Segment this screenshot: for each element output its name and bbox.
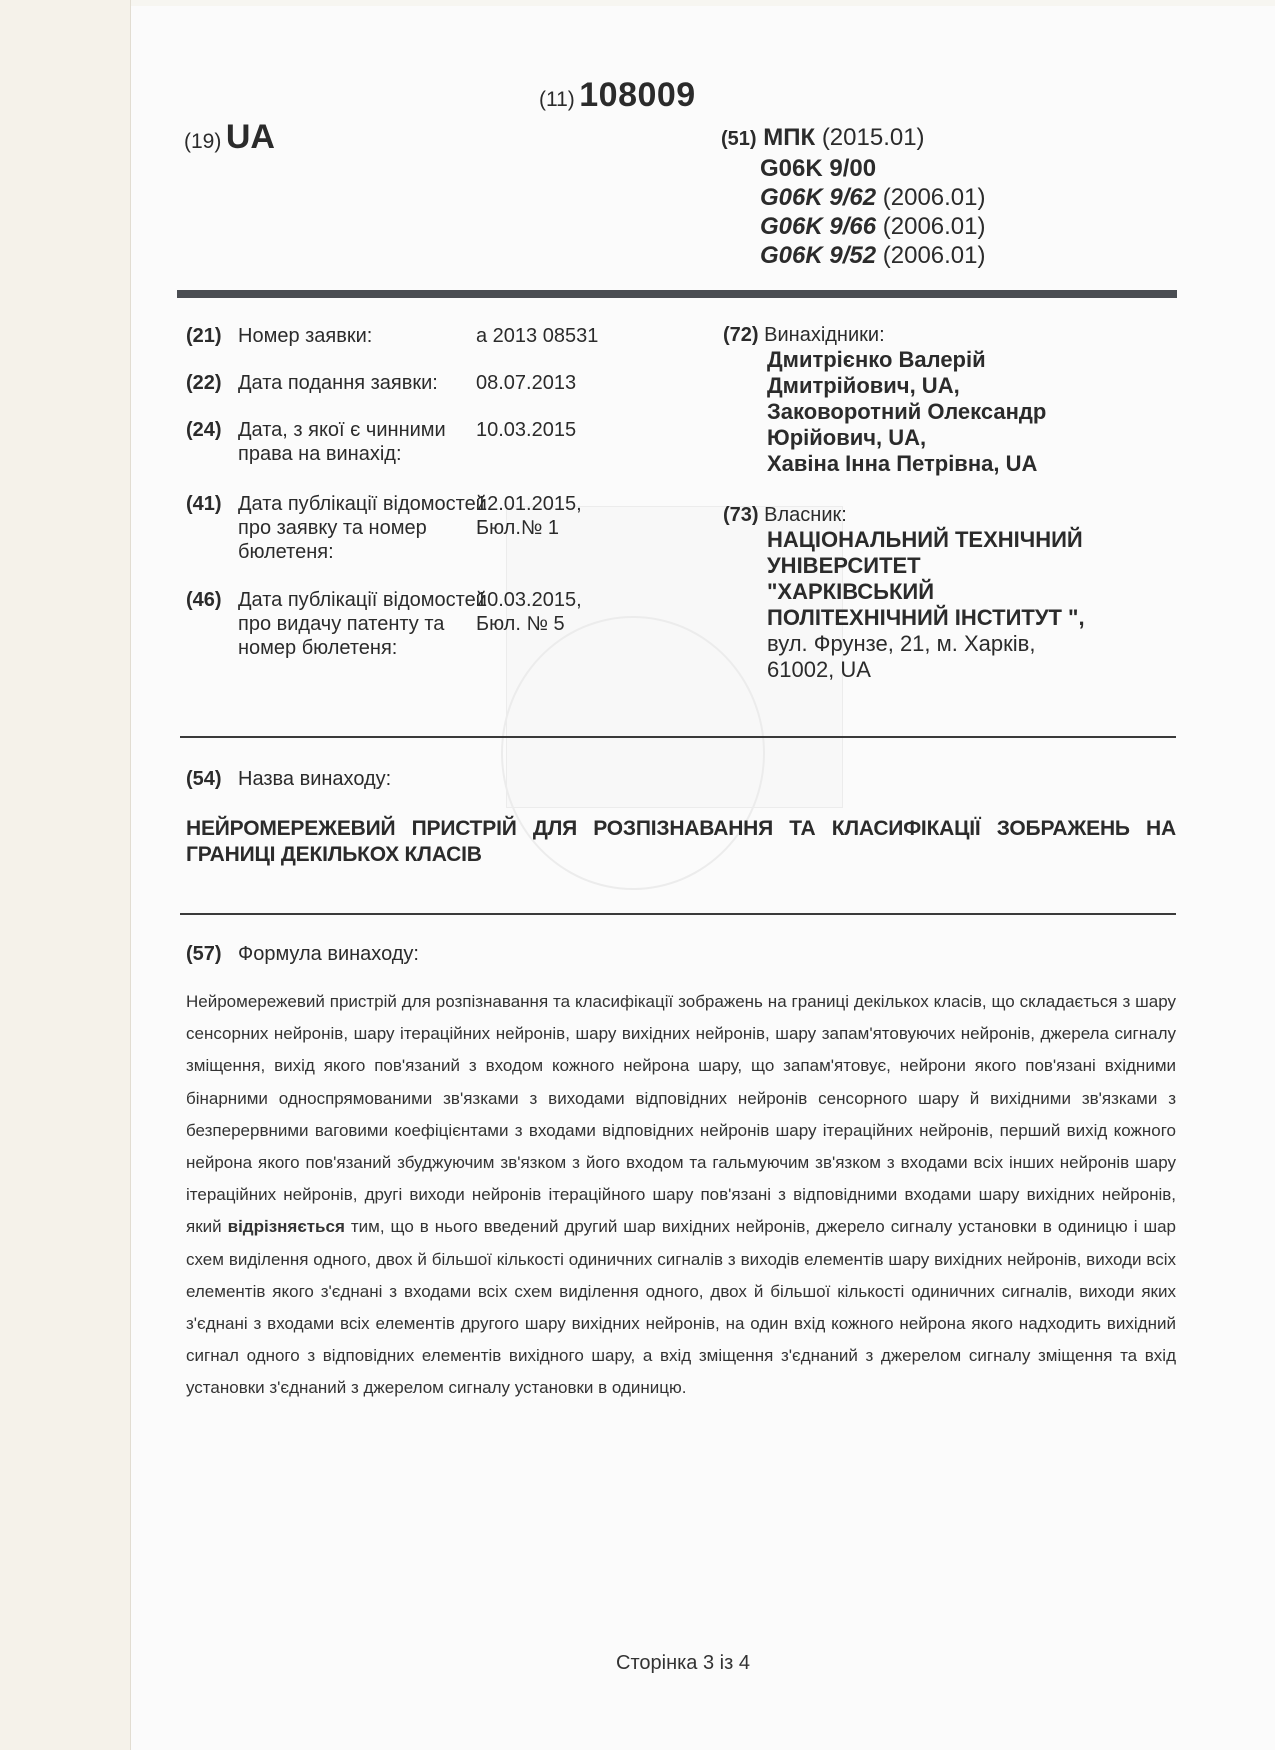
owner-block: (73) Власник: НАЦІОНАЛЬНИЙ ТЕХНІЧНИЙ УНІ… [723, 504, 1085, 683]
owner-name-line: ПОЛІТЕХНІЧНИЙ ІНСТИТУТ ", [767, 605, 1085, 631]
publication-number-code: (11) [539, 88, 575, 111]
country-code-label: (19) [184, 130, 221, 153]
owner-code: (73) [723, 504, 759, 526]
rights-effective-date: 10.03.2015 [476, 418, 576, 442]
biblio-row-24: (24)Дата, з якої є чинними права на вина… [186, 418, 446, 466]
ipc-entry: G06K 9/62 (2006.01) [721, 183, 986, 212]
inventors-code: (72) [723, 324, 759, 346]
application-publication: 12.01.2015, Бюл.№ 1 [476, 492, 582, 540]
title-section-label: (54)Назва винаходу: [186, 768, 391, 791]
inventor-line: Дмитрійович, UA, [767, 373, 1046, 399]
invention-title: НЕЙРОМЕРЕЖЕВИЙ ПРИСТРІЙ ДЛЯ РОЗПІЗНАВАНН… [186, 816, 1176, 868]
page-number: Сторінка 3 із 4 [616, 1652, 750, 1675]
owner-name-line: "ХАРКІВСЬКИЙ [767, 579, 1085, 605]
scan-margin-strip [0, 0, 131, 1750]
header-divider [177, 290, 1177, 298]
section-divider [180, 736, 1176, 738]
biblio-row-41: (41)Дата публікації відомостей про заявк… [186, 492, 487, 564]
country-code: UA [226, 118, 275, 156]
publication-number-block: (11) 108009 [539, 76, 696, 115]
patent-page: (11) 108009 (19) UA (51) МПК (2015.01) G… [131, 6, 1275, 1750]
inventor-line: Заковоротний Олександр [767, 399, 1046, 425]
inventor-line: Юрійович, UA, [767, 425, 1046, 451]
application-number: a 2013 08531 [476, 324, 598, 348]
biblio-row-22: (22)Дата подання заявки: [186, 371, 438, 395]
section-divider [180, 913, 1176, 915]
inventor-line: Хавіна Інна Петрівна, UA [767, 451, 1046, 477]
ipc-entry: G06K 9/00 [721, 154, 986, 183]
claims-distinguishing-word: відрізняється [228, 1217, 345, 1236]
biblio-row-21: (21)Номер заявки: [186, 324, 372, 348]
inventors-block: (72) Винахідники: Дмитрієнко Валерій Дми… [723, 324, 1046, 477]
owner-label: Власник: [764, 504, 847, 526]
ipc-entry: G06K 9/52 (2006.01) [721, 241, 986, 270]
ipc-version: (2015.01) [822, 124, 925, 151]
claims-section-label: (57)Формула винаходу: [186, 943, 419, 966]
country-block: (19) UA [184, 118, 275, 157]
ipc-entry: G06K 9/66 (2006.01) [721, 212, 986, 241]
ipc-label: МПК [763, 124, 815, 151]
patent-publication: 10.03.2015, Бюл. № 5 [476, 588, 582, 636]
ipc-classification: (51) МПК (2015.01) G06K 9/00 G06K 9/62 (… [721, 123, 986, 270]
owner-address-line: 61002, UA [767, 657, 1085, 683]
owner-name-line: НАЦІОНАЛЬНИЙ ТЕХНІЧНИЙ [767, 527, 1085, 553]
ipc-code: (51) [721, 128, 757, 150]
owner-address-line: вул. Фрунзе, 21, м. Харків, [767, 631, 1085, 657]
inventor-line: Дмитрієнко Валерій [767, 347, 1046, 373]
claims-text: Нейромережевий пристрій для розпізнаванн… [186, 986, 1176, 1405]
biblio-row-46: (46)Дата публікації відомостей про видач… [186, 588, 487, 660]
filing-date: 08.07.2013 [476, 371, 576, 395]
owner-name-line: УНІВЕРСИТЕТ [767, 553, 1085, 579]
inventors-label: Винахідники: [764, 324, 885, 346]
publication-number: 108009 [579, 76, 695, 114]
